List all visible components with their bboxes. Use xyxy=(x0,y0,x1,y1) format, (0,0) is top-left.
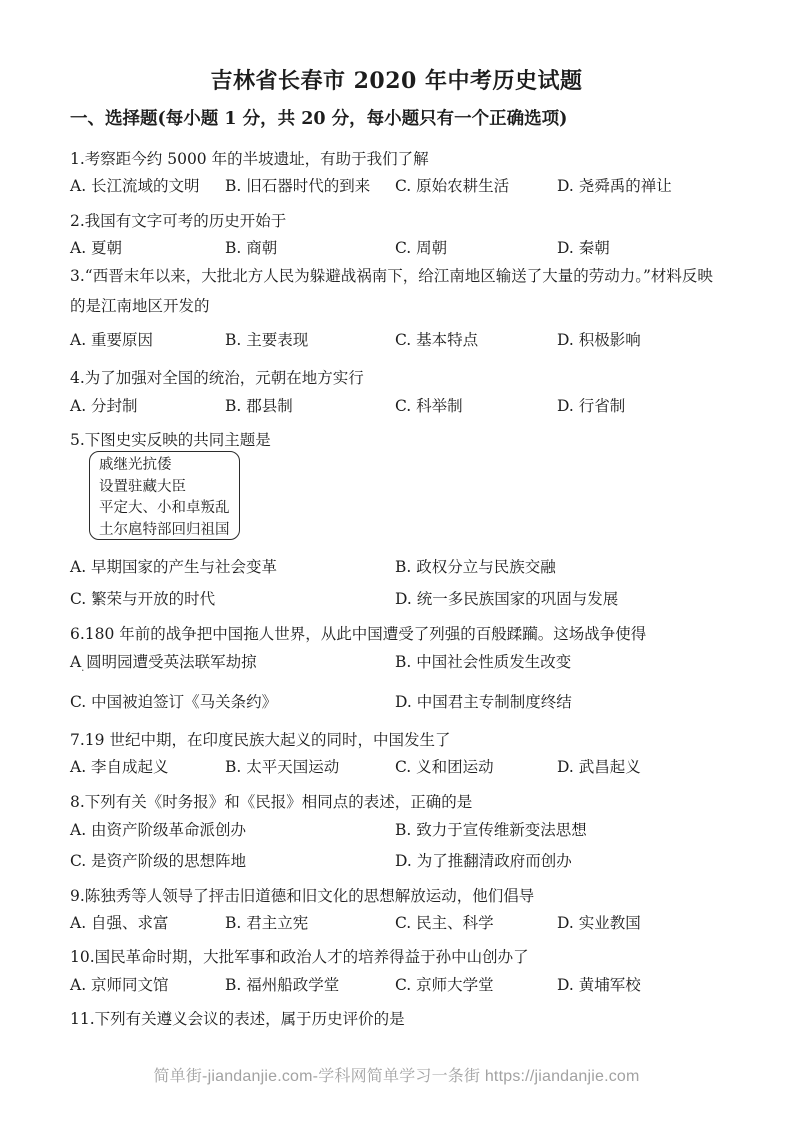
option-1c: C. 原始农耕生活 xyxy=(395,176,509,196)
question-stem-10: 10.国民革命时期，大批军事和政治人才的培养得益于孙中山创办了 xyxy=(70,942,728,972)
question-stem-6: 6.180 年前的战争把中国拖人世界，从此中国遭受了列强的百般蹂躏。这场战争使得 xyxy=(70,619,728,649)
question-stem-11: 11.下列有关遵义会议的表述，属于历史评价的是 xyxy=(70,1004,728,1034)
stray-scan-mark: · xyxy=(81,664,85,677)
option-9d: D. 实业教国 xyxy=(557,913,641,933)
option-10c: C. 京师大学堂 xyxy=(395,975,494,995)
option-9b: B. 君主立宪 xyxy=(225,913,308,933)
option-5c: C. 繁荣与开放的时代 xyxy=(70,589,215,609)
section-heading: 一、选择题(每小题 1 分，共 20 分，每小题只有一个正确选项) xyxy=(70,105,567,130)
exam-page: 吉林省长春市 2020 年中考历史试题 一、选择题(每小题 1 分，共 20 分… xyxy=(0,0,793,1122)
option-8c: C. 是资产阶级的思想阵地 xyxy=(70,851,246,871)
question-stem-8: 8.下列有关《时务报》和《民报》相同点的表述，正确的是 xyxy=(70,787,728,817)
option-8b: B. 致力于宣传维新变法思想 xyxy=(395,820,587,840)
option-2c: C. 周朝 xyxy=(395,238,447,258)
question-stem-3: 3.“西晋末年以来，大批北方人民为躲避战祸南下，给江南地区输送了大量的劳动力。”… xyxy=(70,261,728,321)
fact-box-line: 土尔扈特部回归祖国 xyxy=(99,520,239,542)
footer-watermark: 简单街-jiandanjie.com-学科网简单学习一条街 https://ji… xyxy=(0,1063,793,1086)
option-10d: D. 黄埔军校 xyxy=(557,975,641,995)
option-3d: D. 积极影响 xyxy=(557,330,641,350)
option-3c: C. 基本特点 xyxy=(395,330,478,350)
option-7d: D. 武昌起义 xyxy=(557,757,641,777)
option-4b: B. 郡县制 xyxy=(225,396,293,416)
option-2a: A. 夏朝 xyxy=(70,238,122,258)
question-stem-4: 4.为了加强对全国的统治，元朝在地方实行 xyxy=(70,363,728,393)
option-8d: D. 为了推翻清政府而创办 xyxy=(395,851,572,871)
option-6c: C. 中国被迫签订《马关条约》 xyxy=(70,692,277,712)
option-7a: A. 李自成起义 xyxy=(70,757,169,777)
option-3b: B. 主要表现 xyxy=(225,330,308,350)
fact-box: 戚继光抗倭 设置驻藏大臣 平定大、小和卓叛乱 土尔扈特部回归祖国 xyxy=(89,451,240,540)
option-10b: B. 福州船政学堂 xyxy=(225,975,339,995)
option-4a: A. 分封制 xyxy=(70,396,138,416)
fact-box-line: 戚继光抗倭 xyxy=(99,455,239,477)
option-8a: A. 由资产阶级革命派创办 xyxy=(70,820,246,840)
option-6d: D. 中国君主专制制度终结 xyxy=(395,692,572,712)
doc-title: 吉林省长春市 2020 年中考历史试题 xyxy=(0,64,793,95)
option-1d: D. 尧舜禹的禅让 xyxy=(557,176,672,196)
option-4c: C. 科举制 xyxy=(395,396,463,416)
option-3a: A. 重要原因 xyxy=(70,330,153,350)
question-stem-2: 2.我国有文字可考的历史开始于 xyxy=(70,206,728,236)
option-7c: C. 义和团运动 xyxy=(395,757,494,777)
option-2b: B. 商朝 xyxy=(225,238,277,258)
option-1a: A. 长江流域的文明 xyxy=(70,176,200,196)
fact-box-line: 设置驻藏大臣 xyxy=(99,477,239,499)
question-stem-7: 7.19 世纪中期，在印度民族大起义的同时，中国发生了 xyxy=(70,725,728,755)
option-7b: B. 太平天国运动 xyxy=(225,757,339,777)
option-2d: D. 秦朝 xyxy=(557,238,610,258)
question-stem-9: 9.陈独秀等人领导了抨击旧道德和旧文化的思想解放运动，他们倡导 xyxy=(70,881,728,911)
option-5b: B. 政权分立与民族交融 xyxy=(395,557,556,577)
option-5a: A. 早期国家的产生与社会变革 xyxy=(70,557,277,577)
option-5d: D. 统一多民族国家的巩固与发展 xyxy=(395,589,618,609)
option-9c: C. 民主、科学 xyxy=(395,913,494,933)
option-9a: A. 自强、求富 xyxy=(70,913,169,933)
fact-box-line: 平定大、小和卓叛乱 xyxy=(99,498,239,520)
option-4d: D. 行省制 xyxy=(557,396,625,416)
question-stem-1: 1.考察距今约 5000 年的半坡遗址，有助于我们了解 xyxy=(70,144,728,174)
option-6a: A 圆明园遭受英法联军劫掠 xyxy=(70,652,257,672)
option-6b: B. 中国社会性质发生改变 xyxy=(395,652,571,672)
option-10a: A. 京师同文馆 xyxy=(70,975,169,995)
option-1b: B. 旧石器时代的到来 xyxy=(225,176,370,196)
